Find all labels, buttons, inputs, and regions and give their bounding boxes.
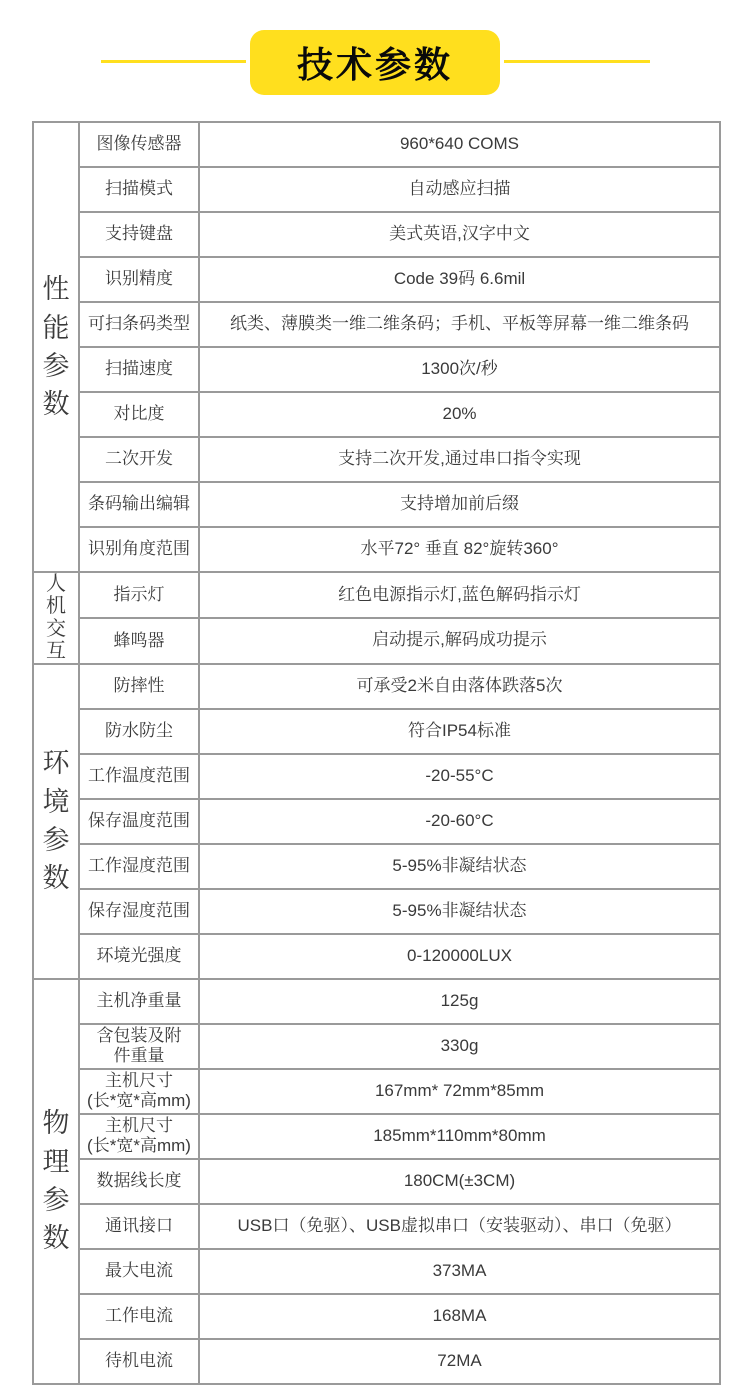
spec-value: USB口（免驱）、USB虚拟串口（安装驱动）、串口（免驱） bbox=[199, 1204, 720, 1249]
section-physical-label: 物理参数 bbox=[40, 1104, 71, 1257]
spec-value: 5-95%非凝结状态 bbox=[199, 889, 720, 934]
spec-value: 960*640 COMS bbox=[199, 122, 720, 167]
spec-table: 性能参数 图像传感器 960*640 COMS 扫描模式 自动感应扫描 支持键盘… bbox=[32, 121, 721, 1385]
spec-value: 水平72° 垂直 82°旋转360° bbox=[199, 527, 720, 572]
spec-value: 支持二次开发,通过串口指令实现 bbox=[199, 437, 720, 482]
table-row: 最大电流 373MA bbox=[33, 1249, 720, 1294]
spec-label: 数据线长度 bbox=[79, 1159, 199, 1204]
table-row: 可扫条码类型 纸类、薄膜类一维二维条码；手机、平板等屏幕一维二维条码 bbox=[33, 302, 720, 347]
spec-label: 蜂鸣器 bbox=[79, 618, 199, 664]
section-performance-label: 性能参数 bbox=[40, 270, 71, 423]
spec-label: 指示灯 bbox=[79, 572, 199, 618]
table-row: 对比度 20% bbox=[33, 392, 720, 437]
table-row: 性能参数 图像传感器 960*640 COMS bbox=[33, 122, 720, 167]
spec-label: 环境光强度 bbox=[79, 934, 199, 979]
spec-value: -20-55°C bbox=[199, 754, 720, 799]
header: 技术参数 bbox=[0, 0, 750, 121]
section-environment-label: 环境参数 bbox=[40, 744, 71, 897]
table-row: 主机尺寸 (长*宽*高mm) 167mm* 72mm*85mm bbox=[33, 1069, 720, 1114]
table-row: 工作湿度范围 5-95%非凝结状态 bbox=[33, 844, 720, 889]
table-row: 工作温度范围 -20-55°C bbox=[33, 754, 720, 799]
spec-label: 防水防尘 bbox=[79, 709, 199, 754]
spec-label: 支持键盘 bbox=[79, 212, 199, 257]
spec-value: 自动感应扫描 bbox=[199, 167, 720, 212]
spec-label: 主机尺寸 (长*宽*高mm) bbox=[79, 1114, 199, 1159]
spec-value: 支持增加前后缀 bbox=[199, 482, 720, 527]
spec-value: 167mm* 72mm*85mm bbox=[199, 1069, 720, 1114]
table-row: 防水防尘 符合IP54标准 bbox=[33, 709, 720, 754]
decor-line-left bbox=[101, 60, 246, 63]
spec-value: 330g bbox=[199, 1024, 720, 1069]
spec-label: 扫描速度 bbox=[79, 347, 199, 392]
table-row: 工作电流 168MA bbox=[33, 1294, 720, 1339]
table-row: 环境参数 防摔性 可承受2米自由落体跌落5次 bbox=[33, 664, 720, 709]
spec-value: -20-60°C bbox=[199, 799, 720, 844]
table-row: 扫描模式 自动感应扫描 bbox=[33, 167, 720, 212]
spec-value: 可承受2米自由落体跌落5次 bbox=[199, 664, 720, 709]
spec-value: 185mm*110mm*80mm bbox=[199, 1114, 720, 1159]
section-interaction-cell: 人机交互 bbox=[33, 572, 79, 664]
table-row: 识别精度 Code 39码 6.6mil bbox=[33, 257, 720, 302]
table-row: 待机电流 72MA bbox=[33, 1339, 720, 1384]
spec-label: 主机尺寸 (长*宽*高mm) bbox=[79, 1069, 199, 1114]
table-row: 人机交互 指示灯 红色电源指示灯,蓝色解码指示灯 bbox=[33, 572, 720, 618]
spec-value: 纸类、薄膜类一维二维条码；手机、平板等屏幕一维二维条码 bbox=[199, 302, 720, 347]
spec-label: 工作湿度范围 bbox=[79, 844, 199, 889]
table-row: 环境光强度 0-120000LUX bbox=[33, 934, 720, 979]
spec-label: 保存湿度范围 bbox=[79, 889, 199, 934]
spec-label: 通讯接口 bbox=[79, 1204, 199, 1249]
spec-label: 识别精度 bbox=[79, 257, 199, 302]
spec-label: 工作温度范围 bbox=[79, 754, 199, 799]
spec-value: 红色电源指示灯,蓝色解码指示灯 bbox=[199, 572, 720, 618]
spec-value: 启动提示,解码成功提示 bbox=[199, 618, 720, 664]
table-row: 识别角度范围 水平72° 垂直 82°旋转360° bbox=[33, 527, 720, 572]
spec-label: 可扫条码类型 bbox=[79, 302, 199, 347]
spec-value: 20% bbox=[199, 392, 720, 437]
spec-label: 保存温度范围 bbox=[79, 799, 199, 844]
title-badge: 技术参数 bbox=[250, 30, 500, 95]
spec-label: 识别角度范围 bbox=[79, 527, 199, 572]
section-physical-cell: 物理参数 bbox=[33, 979, 79, 1384]
page-title: 技术参数 bbox=[297, 37, 453, 88]
table-row: 蜂鸣器 启动提示,解码成功提示 bbox=[33, 618, 720, 664]
spec-value: 125g bbox=[199, 979, 720, 1024]
spec-value: 180CM(±3CM) bbox=[199, 1159, 720, 1204]
spec-label: 图像传感器 bbox=[79, 122, 199, 167]
section-performance-cell: 性能参数 bbox=[33, 122, 79, 572]
table-row: 保存温度范围 -20-60°C bbox=[33, 799, 720, 844]
section-interaction-label: 人机交互 bbox=[45, 573, 68, 663]
decor-line-right bbox=[504, 60, 650, 63]
spec-label: 最大电流 bbox=[79, 1249, 199, 1294]
table-row: 数据线长度 180CM(±3CM) bbox=[33, 1159, 720, 1204]
spec-label: 条码输出编辑 bbox=[79, 482, 199, 527]
spec-label: 工作电流 bbox=[79, 1294, 199, 1339]
spec-value: 373MA bbox=[199, 1249, 720, 1294]
spec-value: 0-120000LUX bbox=[199, 934, 720, 979]
table-row: 物理参数 主机净重量 125g bbox=[33, 979, 720, 1024]
spec-value: 1300次/秒 bbox=[199, 347, 720, 392]
spec-label: 对比度 bbox=[79, 392, 199, 437]
table-row: 含包装及附 件重量 330g bbox=[33, 1024, 720, 1069]
table-row: 保存湿度范围 5-95%非凝结状态 bbox=[33, 889, 720, 934]
spec-label: 扫描模式 bbox=[79, 167, 199, 212]
spec-label: 待机电流 bbox=[79, 1339, 199, 1384]
spec-value: 符合IP54标准 bbox=[199, 709, 720, 754]
table-row: 二次开发 支持二次开发,通过串口指令实现 bbox=[33, 437, 720, 482]
spec-label: 防摔性 bbox=[79, 664, 199, 709]
spec-value: 5-95%非凝结状态 bbox=[199, 844, 720, 889]
table-row: 主机尺寸 (长*宽*高mm) 185mm*110mm*80mm bbox=[33, 1114, 720, 1159]
table-row: 条码输出编辑 支持增加前后缀 bbox=[33, 482, 720, 527]
spec-value: Code 39码 6.6mil bbox=[199, 257, 720, 302]
spec-label: 二次开发 bbox=[79, 437, 199, 482]
spec-label: 主机净重量 bbox=[79, 979, 199, 1024]
spec-value: 72MA bbox=[199, 1339, 720, 1384]
table-row: 支持键盘 美式英语,汉字中文 bbox=[33, 212, 720, 257]
spec-value: 168MA bbox=[199, 1294, 720, 1339]
table-row: 扫描速度 1300次/秒 bbox=[33, 347, 720, 392]
spec-label: 含包装及附 件重量 bbox=[79, 1024, 199, 1069]
section-environment-cell: 环境参数 bbox=[33, 664, 79, 979]
table-row: 通讯接口 USB口（免驱）、USB虚拟串口（安装驱动）、串口（免驱） bbox=[33, 1204, 720, 1249]
spec-value: 美式英语,汉字中文 bbox=[199, 212, 720, 257]
